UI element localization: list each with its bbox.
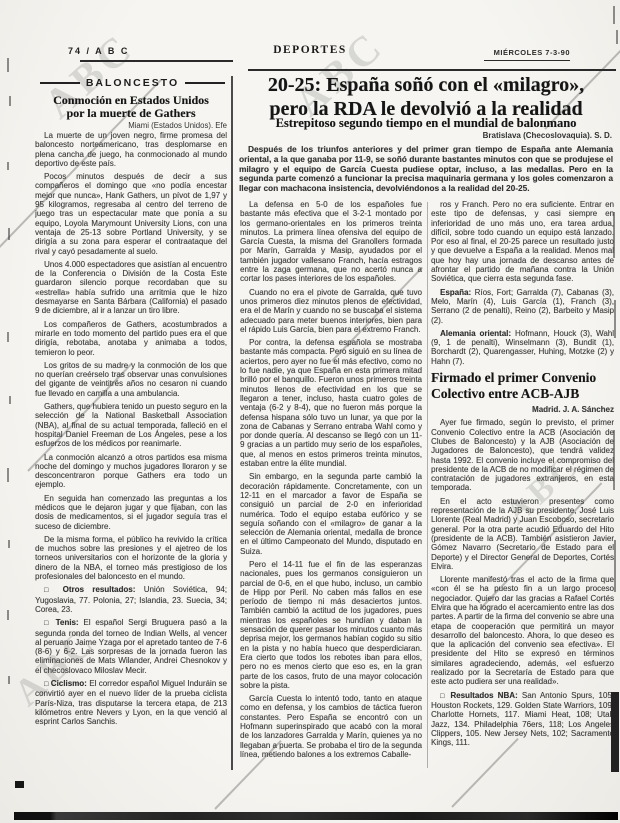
kicker-dash-left (40, 82, 80, 84)
main-article-byline: Bratislava (Checoslovaquia). S. D. (238, 131, 612, 140)
news-brief: □ Ciclismo: El corredor español Miguel I… (35, 679, 227, 726)
paragraph: García Cuesta lo intentó todo, tanto en … (240, 694, 422, 759)
scan-edge-mark (613, 430, 615, 490)
stats-team-label: España: (440, 288, 471, 297)
paragraph: Llorente manifestó tras el acto de la fi… (431, 575, 614, 687)
scan-edge-mark (614, 540, 616, 592)
scan-edge-mark (7, 332, 9, 342)
paragraph: La muerte de un joven negro, firme prome… (35, 131, 227, 168)
paragraph: Gathers, que hubiera tenido un puesto se… (35, 402, 227, 448)
news-brief: □ Tenis: El español Sergi Bruguera pasó … (35, 618, 227, 675)
main-article-headline: 20-25: España soñó con el «milagro», per… (238, 73, 614, 121)
paragraph: Los gritos de su madre y la conmoción de… (35, 361, 227, 398)
paragraph: Pero el 14-11 fue el fin de las esperanz… (240, 560, 422, 690)
headline-line: 20-25: España soñó con el «milagro», (238, 73, 614, 97)
second-article-headline: Firmado el primer Convenio Colectivo ent… (431, 370, 614, 401)
scan-edge-mark (7, 58, 9, 72)
paragraph: Cuando no era el pivote de Garralda, que… (240, 288, 422, 334)
headline-line: por la muerte de Gathers (33, 107, 229, 120)
brief-label: Resultados NBA: (450, 691, 517, 700)
paragraph: Ayer fue firmado, según lo previsto, el … (431, 418, 614, 492)
team-stats: Alemania oriental: Hofmann, Houck (3), W… (431, 329, 614, 366)
header-rule-main (248, 69, 616, 71)
paragraph: Por contra, la defensa española se mostr… (240, 338, 422, 468)
date: MIÉRCOLES 7-3-90 (470, 48, 570, 57)
headline-line: Firmado el primer Convenio (431, 370, 596, 385)
scan-bottom-band (14, 812, 618, 820)
paragraph: De la misma forma, el público ha revivid… (35, 535, 227, 581)
scan-smudge (15, 781, 24, 788)
paragraph: En el acto estuvieron presentes como rep… (431, 497, 614, 571)
paragraph: Los compañeros de Gathers, acostumbrados… (35, 320, 227, 357)
scan-edge-mark (8, 540, 10, 548)
square-bullet-icon: □ (44, 681, 48, 688)
column-divider (427, 202, 428, 768)
scan-edge-mark (7, 162, 9, 170)
header-rule-date (484, 60, 570, 61)
paragraph: Sin embargo, en la segunda parte cambió … (240, 472, 422, 556)
scan-edge-mark (7, 610, 9, 620)
scan-edge-mark (613, 212, 615, 258)
left-article-headline: Conmoción en Estados Unidos por la muert… (33, 94, 229, 120)
news-brief: □ Otros resultados: Unión Soviética, 94;… (35, 585, 227, 614)
newspaper-page: ABC ABC ABC ABC 74 / A B C DEPORTES MIÉR… (0, 0, 620, 823)
scan-edge-mark (9, 96, 11, 106)
paragraph: La defensa en 5-0 de los españoles fue b… (240, 200, 422, 284)
column-divider (231, 76, 233, 770)
headline-line: Colectivo entre ACB-AJB (431, 386, 579, 401)
square-bullet-icon: □ (44, 587, 54, 594)
news-brief: □ Resultados NBA: San Antonio Spurs, 105… (431, 691, 614, 748)
kicker-dash-right (185, 82, 225, 84)
scan-edge-bar (611, 692, 619, 772)
main-article-subhead: Estrepitoso segundo tiempo en el mundial… (238, 117, 614, 130)
scan-edge-mark (8, 228, 10, 240)
paragraph: Unos 4.000 espectadores que asistían al … (35, 260, 227, 316)
square-bullet-icon: □ (44, 620, 51, 627)
scan-edge-mark (613, 6, 615, 24)
scan-edge-mark (9, 396, 11, 404)
square-bullet-icon: □ (440, 693, 446, 700)
paragraph: Pocos minutos después de decir a sus com… (35, 172, 227, 256)
second-article-byline: Madrid. J. A. Sánchez (431, 405, 614, 414)
brief-label: Otros resultados: (63, 585, 136, 594)
scan-edge-mark (7, 468, 9, 482)
header-rule-left (80, 60, 233, 62)
left-article-byline: Miami (Estados Unidos). Efe (35, 121, 227, 130)
kicker-baloncesto: BALONCESTO (40, 77, 225, 89)
scan-edge-mark (616, 30, 618, 44)
main-article-column-2: ros y Franch. Pero no era suficiente. En… (431, 200, 614, 770)
stats-team-label: Alemania oriental: (440, 329, 511, 338)
brief-label: Ciclismo: (51, 679, 87, 688)
brief-label: Tenis: (56, 618, 79, 627)
main-article-column-1: La defensa en 5-0 de los españoles fue b… (240, 200, 422, 770)
paragraph: ros y Franch. Pero no era suficiente. En… (431, 200, 614, 284)
main-article-lead: Después de los triunfos anteriores y del… (239, 145, 613, 194)
paragraph: En seguida han comenzado las preguntas a… (35, 494, 227, 531)
scan-edge-mark (614, 300, 616, 338)
team-stats: España: Ríos, Fort; Garralda (7), Cabana… (431, 288, 614, 325)
paragraph: La conmoción alcanzó a otros partidos es… (35, 453, 227, 490)
left-article-body: La muerte de un joven negro, firme prome… (35, 131, 227, 772)
kicker-label: BALONCESTO (86, 77, 179, 89)
scan-edge-mark (8, 676, 10, 684)
